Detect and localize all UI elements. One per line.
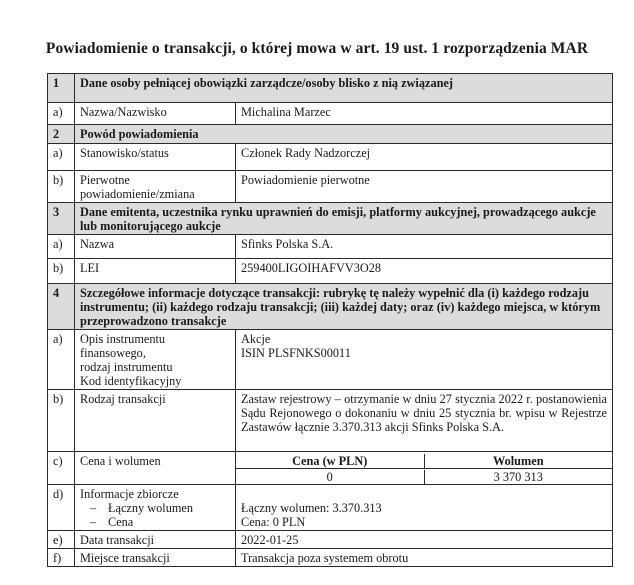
total-volume: Łączny wolumen: 3.370.313: [241, 501, 607, 515]
field-value: Zastaw rejestrowy – otrzymanie w dniu 27…: [236, 390, 613, 452]
label-line: Opis instrumentu finansowego,: [80, 332, 230, 360]
table-row: a) Stanowisko/status Członek Rady Nadzor…: [48, 144, 613, 171]
field-value: Członek Rady Nadzorczej: [236, 144, 613, 171]
price-volume-values: 0 3 370 313: [236, 469, 612, 484]
table-row: b) Pierwotne powiadomienie/zmiana Powiad…: [48, 171, 613, 203]
field-label: Stanowisko/status: [75, 144, 236, 171]
row-letter: a): [48, 330, 75, 390]
field-value: 259400LIGOIHAFVV3O28: [236, 259, 613, 284]
row-letter: a): [48, 235, 75, 259]
row-letter: c): [48, 452, 75, 485]
price-value: 0: [236, 470, 424, 484]
section-heading: Dane emitenta, uczestnika rynku uprawnie…: [75, 203, 613, 235]
table-row: a) Nazwa/Nazwisko Michalina Marzec: [48, 103, 613, 125]
row-letter: b): [48, 390, 75, 452]
table-row-aggregated: d) Informacje zbiorcze –Łączny wolumen –…: [48, 485, 613, 531]
field-value: Akcje ISIN PLSFNKS00011: [236, 330, 613, 390]
field-label: Cena i wolumen: [75, 452, 236, 485]
section-4-header: 4 Szczegółowe informacje dotyczące trans…: [48, 284, 613, 330]
label-line: rodzaj instrumentu: [80, 360, 230, 374]
page-title: Powiadomienie o transakcji, o której mow…: [0, 40, 634, 58]
section-heading: Szczegółowe informacje dotyczące transak…: [75, 284, 613, 330]
section-number: 4: [48, 284, 75, 330]
volume-value: 3 370 313: [424, 470, 613, 484]
field-label: Nazwa: [75, 235, 236, 259]
table-row-instrument: a) Opis instrumentu finansowego, rodzaj …: [48, 330, 613, 390]
field-label: Pierwotne powiadomienie/zmiana: [75, 171, 236, 203]
table-row-venue: f) Miejsce transakcji Transakcja poza sy…: [48, 549, 613, 567]
section-number: 1: [48, 74, 75, 103]
field-value: Transakcja poza systemem obrotu: [236, 549, 613, 567]
row-letter: d): [48, 485, 75, 531]
field-label: Nazwa/Nazwisko: [75, 103, 236, 125]
section-2-header: 2 Powód powiadomienia: [48, 125, 613, 144]
section-heading: Powód powiadomienia: [75, 125, 613, 144]
section-1-header: 1 Dane osoby pełniącej obowiązki zarządc…: [48, 74, 613, 103]
label-line: Informacje zbiorcze: [80, 487, 230, 501]
price-volume-header: Cena (w PLN) Wolumen: [236, 452, 612, 469]
instrument-type: Akcje: [241, 332, 607, 346]
row-letter: a): [48, 144, 75, 171]
row-letter: e): [48, 531, 75, 549]
label-line: Kod identyfikacyjny: [80, 374, 230, 388]
table-row: b) LEI 259400LIGOIHAFVV3O28: [48, 259, 613, 284]
field-label: Data transakcji: [75, 531, 236, 549]
field-value: 2022-01-25: [236, 531, 613, 549]
isin-code: ISIN PLSFNKS00011: [241, 346, 607, 360]
field-label: Miejsce transakcji: [75, 549, 236, 567]
price: Cena: 0 PLN: [241, 515, 607, 529]
row-letter: b): [48, 259, 75, 284]
field-value: Łączny wolumen: 3.370.313 Cena: 0 PLN: [236, 485, 613, 531]
sub-label: –Cena: [80, 515, 230, 529]
field-label: Opis instrumentu finansowego, rodzaj ins…: [75, 330, 236, 390]
mar-notification-table: 1 Dane osoby pełniącej obowiązki zarządc…: [47, 73, 613, 567]
table-row-date: e) Data transakcji 2022-01-25: [48, 531, 613, 549]
section-number: 2: [48, 125, 75, 144]
table-row-price-volume: c) Cena i wolumen Cena (w PLN) Wolumen 0…: [48, 452, 613, 485]
sub-label: –Łączny wolumen: [80, 501, 230, 515]
section-3-header: 3 Dane emitenta, uczestnika rynku uprawn…: [48, 203, 613, 235]
row-letter: b): [48, 171, 75, 203]
row-letter: f): [48, 549, 75, 567]
section-number: 3: [48, 203, 75, 235]
price-volume-subtable: Cena (w PLN) Wolumen 0 3 370 313: [236, 452, 613, 485]
field-value: Michalina Marzec: [236, 103, 613, 125]
table-row: a) Nazwa Sfinks Polska S.A.: [48, 235, 613, 259]
volume-header: Wolumen: [424, 454, 613, 468]
field-value: Sfinks Polska S.A.: [236, 235, 613, 259]
table-row-transaction-type: b) Rodzaj transakcji Zastaw rejestrowy –…: [48, 390, 613, 452]
row-letter: a): [48, 103, 75, 125]
section-heading: Dane osoby pełniącej obowiązki zarządcze…: [75, 74, 613, 103]
price-header: Cena (w PLN): [236, 454, 424, 468]
field-label: LEI: [75, 259, 236, 284]
field-label: Informacje zbiorcze –Łączny wolumen –Cen…: [75, 485, 236, 531]
field-label: Rodzaj transakcji: [75, 390, 236, 452]
field-value: Powiadomienie pierwotne: [236, 171, 613, 203]
